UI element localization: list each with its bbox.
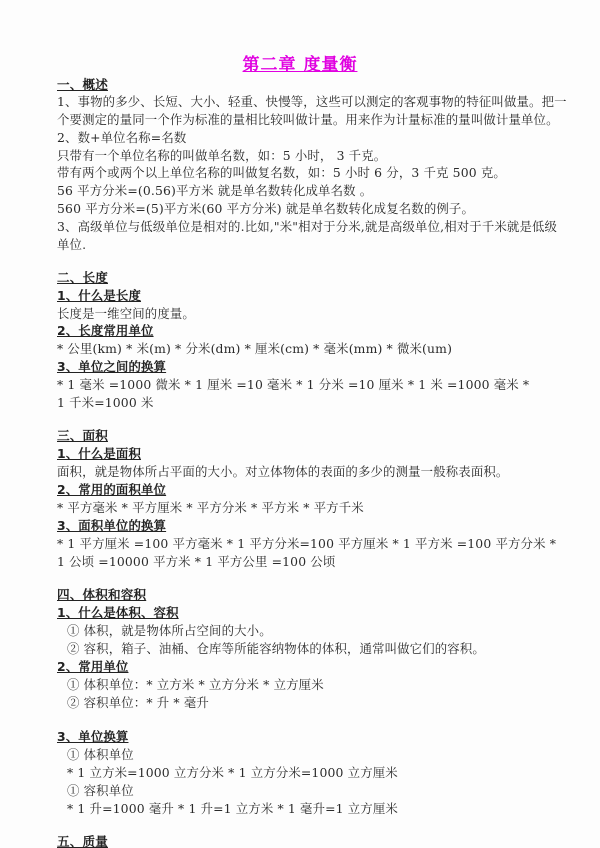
chapter-title: 第二章 度量衡	[0, 50, 600, 75]
subheading: 3、面积单位的换算	[57, 517, 166, 534]
paragraph-line: * 1 毫米 =1000 微米 * 1 厘米 =10 毫米 * 1 分米 =10…	[57, 376, 529, 393]
subheading: 2、常用的面积单位	[57, 481, 166, 498]
subheading: 1、什么是长度	[57, 287, 141, 304]
paragraph-line: 单位.	[57, 236, 86, 253]
paragraph-line: ② 容积，箱子、油桶、仓库等所能容纳物体的体积，通常叫做它们的容积。	[67, 640, 485, 657]
paragraph-line: * 1 立方米=1000 立方分米 * 1 立方分米=1000 立方厘米	[67, 764, 398, 781]
subheading: 2、常用单位	[57, 658, 128, 675]
paragraph-line: * 1 平方厘米 =100 平方毫米 * 1 平方分米=100 平方厘米 * 1…	[57, 535, 556, 552]
paragraph-line: ① 体积单位	[67, 746, 134, 763]
subheading: 3、单位换算	[57, 728, 128, 745]
paragraph-line: 带有两个或两个以上单位名称的叫做复名数，如：5 小时 6 分，3 千克 500 …	[57, 164, 506, 181]
paragraph-line: 面积，就是物体所占平面的大小。对立体物体的表面的多少的测量一般称表面积。	[57, 463, 508, 480]
paragraph-line: * 1 升=1000 毫升 * 1 升=1 立方米 * 1 毫升=1 立方厘米	[67, 800, 398, 817]
paragraph-line: ① 体积，就是物体所占空间的大小。	[67, 622, 272, 639]
paragraph-line: 3、高级单位与低级单位是相对的.比如,"米"相对于分米,就是高级单位,相对于千米…	[57, 218, 557, 235]
paragraph-line: 1 千米=1000 米	[57, 394, 154, 411]
paragraph-line: * 平方毫米 * 平方厘米 * 平方分米 * 平方米 * 平方千米	[57, 499, 364, 516]
paragraph-line: 只带有一个单位名称的叫做单名数，如：5 小时， 3 千克。	[57, 147, 386, 164]
section-heading-volume: 四、体积和容积	[57, 586, 146, 603]
subheading: 2、长度常用单位	[57, 322, 154, 339]
paragraph-line: 560 平方分米=(5)平方米(60 平方分米) 就是单名数转化成复名数的例子。	[57, 200, 474, 217]
section-heading-mass: 五、质量	[57, 833, 108, 848]
subheading: 1、什么是面积	[57, 445, 141, 462]
paragraph-line: 1、事物的多少、长短、大小、轻重、快慢等，这些可以测定的客观事物的特征叫做量。把…	[57, 93, 567, 110]
section-heading-overview: 一、概述	[57, 76, 108, 93]
paragraph-line: ② 容积单位：* 升 * 毫升	[67, 694, 209, 711]
paragraph-line: ① 体积单位：* 立方米 * 立方分米 * 立方厘米	[67, 676, 324, 693]
document-page: 第二章 度量衡 一、概述 1、事物的多少、长短、大小、轻重、快慢等，这些可以测定…	[0, 0, 600, 848]
paragraph-line: 个要测定的量同一个作为标准的量相比较叫做计量。用来作为计量标准的量叫做计量单位。	[57, 111, 559, 128]
paragraph-line: 长度是一维空间的度量。	[57, 305, 195, 322]
paragraph-line: * 公里(km) * 米(m) * 分米(dm) * 厘米(cm) * 毫米(m…	[57, 340, 452, 357]
subheading: 3、单位之间的换算	[57, 358, 166, 375]
paragraph-line: 2、数+单位名称=名数	[57, 129, 186, 146]
subheading: 1、什么是体积、容积	[57, 604, 179, 621]
paragraph-line: 1 公顷 =10000 平方米 * 1 平方公里 =100 公顷	[57, 553, 335, 570]
section-heading-area: 三、面积	[57, 427, 108, 444]
section-heading-length: 二、长度	[57, 269, 108, 286]
paragraph-line: ① 容积单位	[67, 782, 134, 799]
paragraph-line: 56 平方分米=(0.56)平方米 就是单名数转化成单名数 。	[57, 182, 372, 199]
